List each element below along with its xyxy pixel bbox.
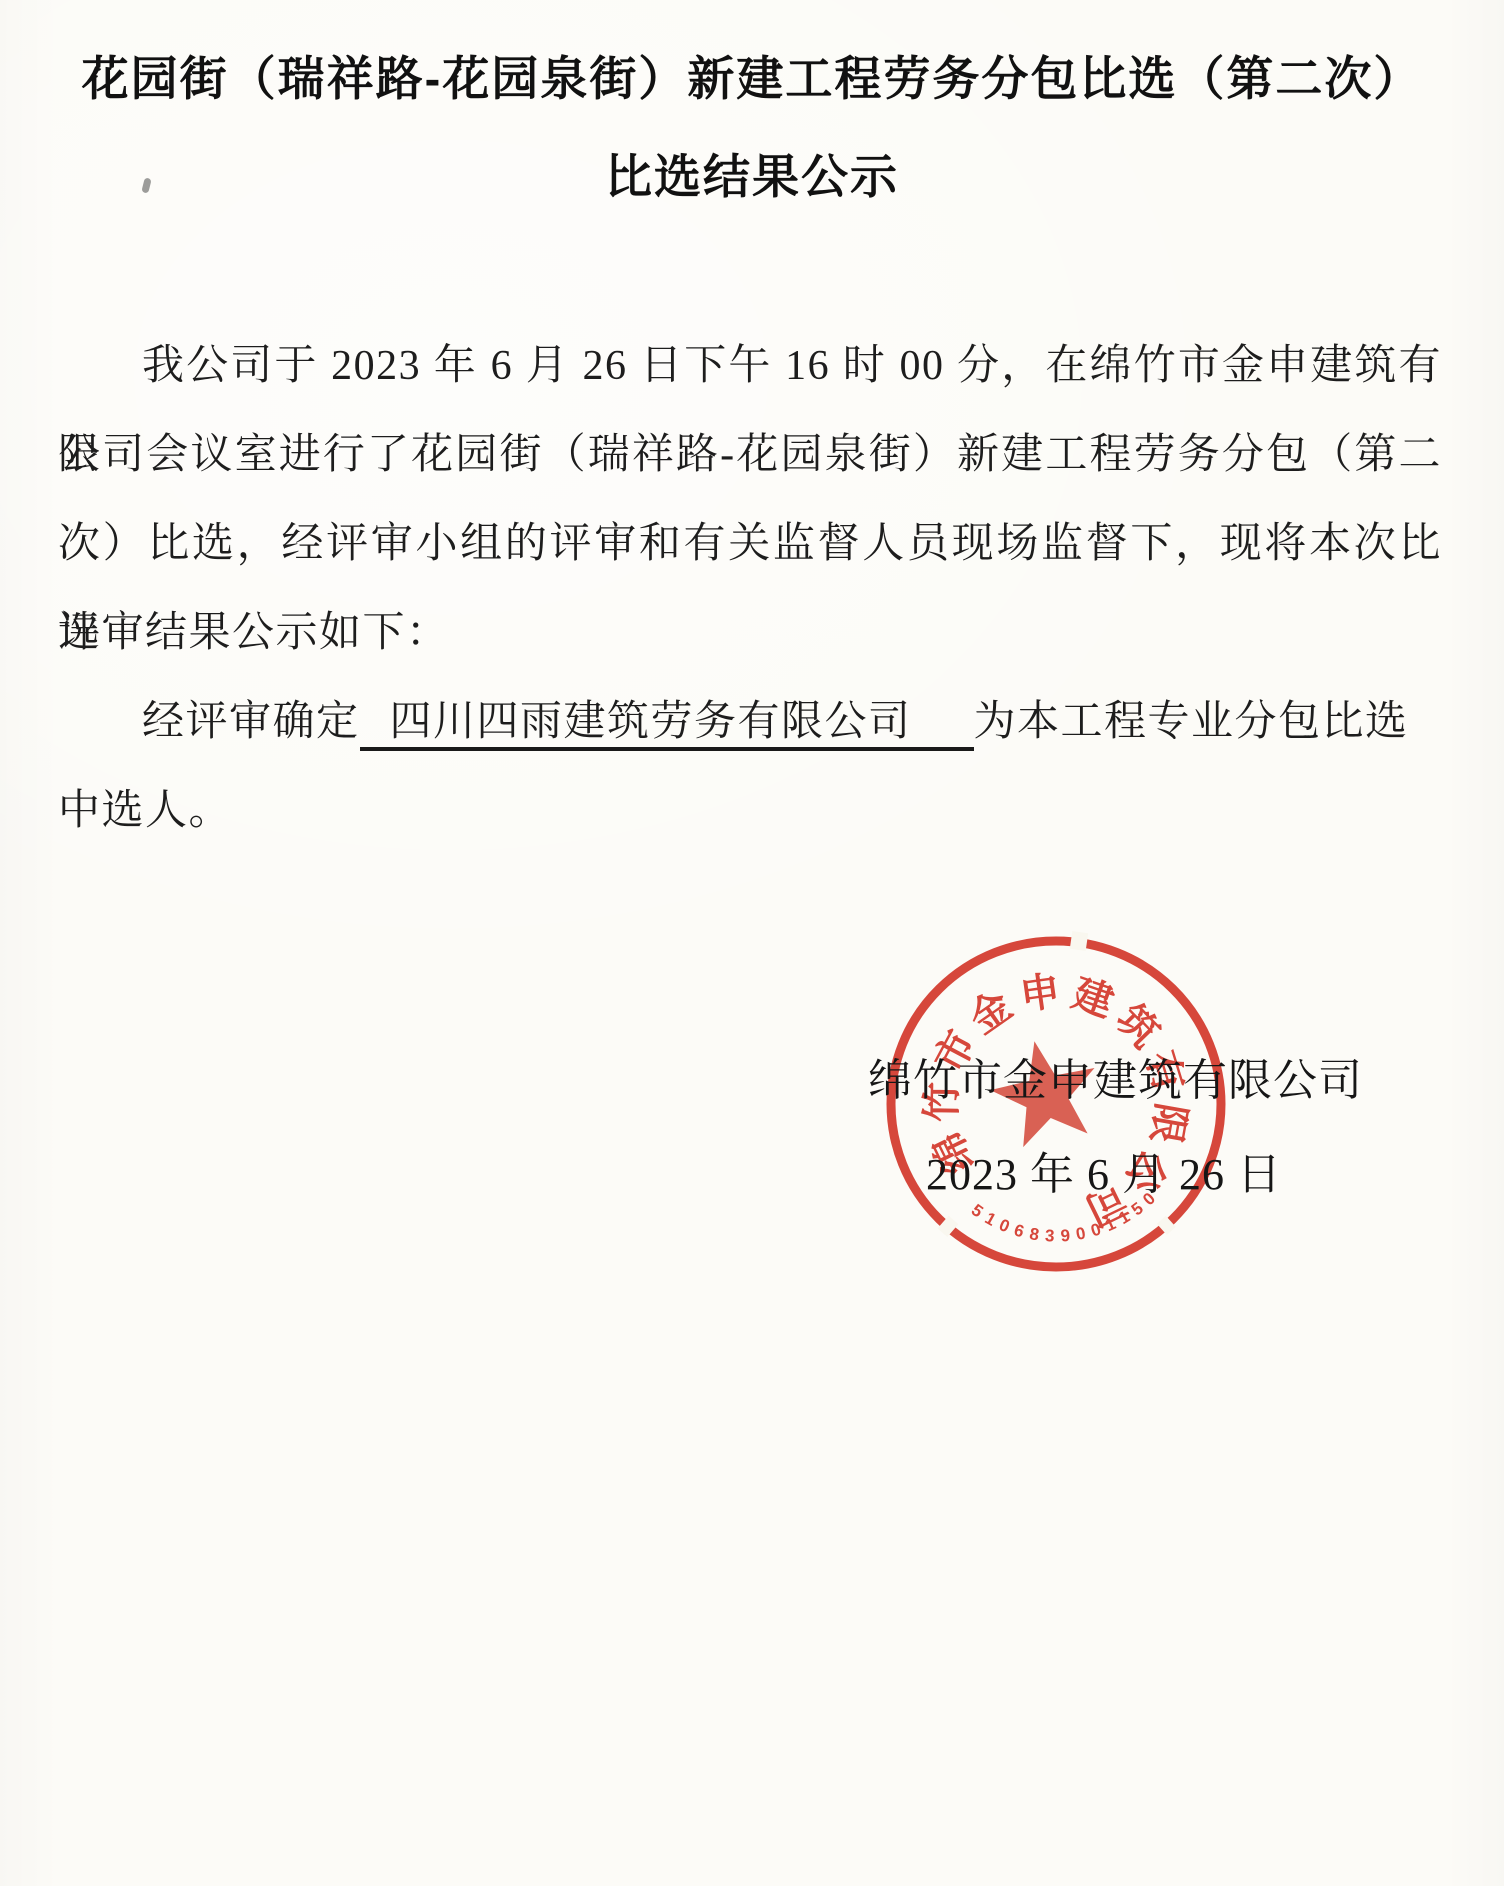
svg-text:0: 0	[1074, 1223, 1087, 1243]
winner-sentence-prefix: 经评审确定	[142, 699, 360, 745]
signature-date: 2023 年 6 月 26 日	[926, 1138, 1282, 1202]
svg-text:1: 1	[982, 1208, 1000, 1229]
body-line-5: 经评审确定四川四雨建筑劳务有限公司为本工程专业分包比选	[58, 678, 1442, 767]
winner-sentence-suffix: 为本工程专业分包比选	[974, 699, 1409, 745]
svg-text:9: 9	[1060, 1226, 1071, 1246]
svg-text:8: 8	[1028, 1224, 1040, 1244]
document-page: 花园街（瑞祥路-花园泉街）新建工程劳务分包比选（第二次） 比选结果公示 我公司于…	[0, 0, 1504, 1886]
body-line-6: 中选人。	[58, 767, 1442, 856]
svg-text:5: 5	[968, 1200, 987, 1221]
body-line-3: 次）比选，经评审小组的评审和有关监督人员现场监督下，现将本次比选	[58, 500, 1442, 589]
body-line-2: 公司会议室进行了花园街（瑞祥路-花园泉街）新建工程劳务分包（第二	[58, 411, 1442, 500]
winner-company-underlined: 四川四雨建筑劳务有限公司	[360, 699, 974, 751]
body-line-1: 我公司于 2023 年 6 月 26 日下午 16 时 00 分，在绵竹市金申建…	[58, 322, 1442, 411]
svg-text:金: 金	[961, 982, 1020, 1042]
svg-text:0: 0	[996, 1215, 1012, 1236]
document-title-line2: 比选结果公示	[0, 140, 1504, 207]
svg-text:3: 3	[1045, 1226, 1055, 1245]
svg-text:6: 6	[1012, 1220, 1026, 1241]
seal-nick-top	[1070, 931, 1088, 951]
svg-text:申: 申	[1017, 968, 1063, 1018]
signature-company: 绵竹市金申建筑有限公司	[868, 1044, 1363, 1108]
body-line-4: 评审结果公示如下：	[58, 589, 1442, 678]
document-title-line1: 花园街（瑞祥路-花园泉街）新建工程劳务分包比选（第二次）	[0, 42, 1504, 109]
svg-text:建: 建	[1067, 970, 1119, 1026]
document-body: 我公司于 2023 年 6 月 26 日下午 16 时 00 分，在绵竹市金申建…	[58, 322, 1442, 856]
